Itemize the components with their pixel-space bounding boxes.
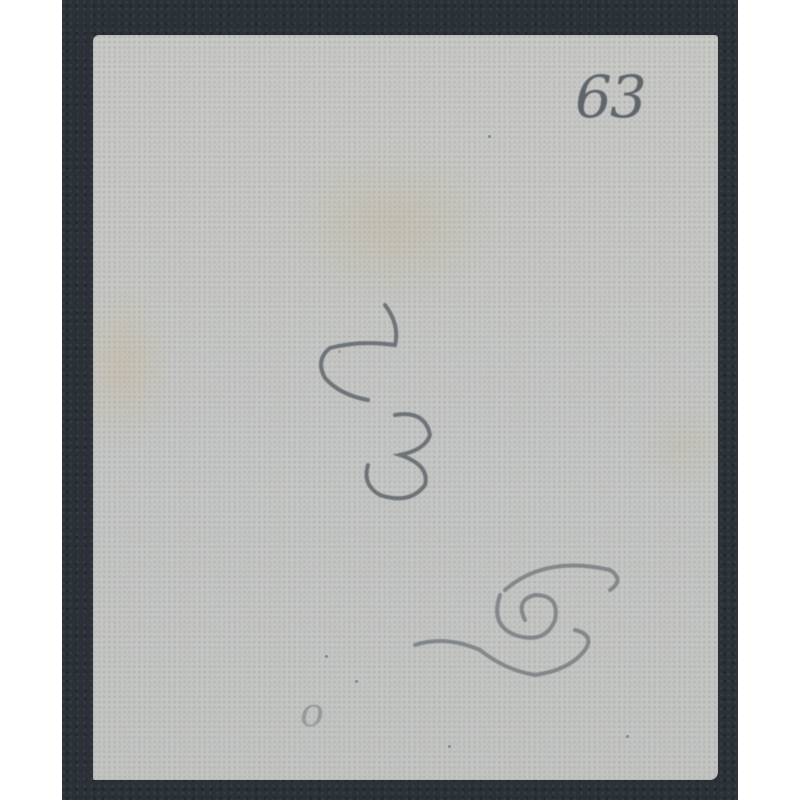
paper-speck	[325, 655, 328, 658]
pencil-annotation-bottom: @3	[395, 550, 635, 700]
pencil-annotation-center: 3	[290, 300, 440, 510]
pencil-looped-mark-icon	[395, 550, 635, 700]
paper-speck	[355, 680, 358, 683]
paper-speck	[488, 135, 491, 138]
pencil-annotation-small: o	[300, 690, 322, 736]
paper-speck	[448, 745, 451, 748]
pencil-hook-and-three-icon	[290, 300, 440, 510]
paper-speck	[626, 735, 629, 738]
photo-canvas: 63 3 @3 o	[0, 0, 800, 800]
pencil-annotation-63: 63	[575, 68, 645, 126]
